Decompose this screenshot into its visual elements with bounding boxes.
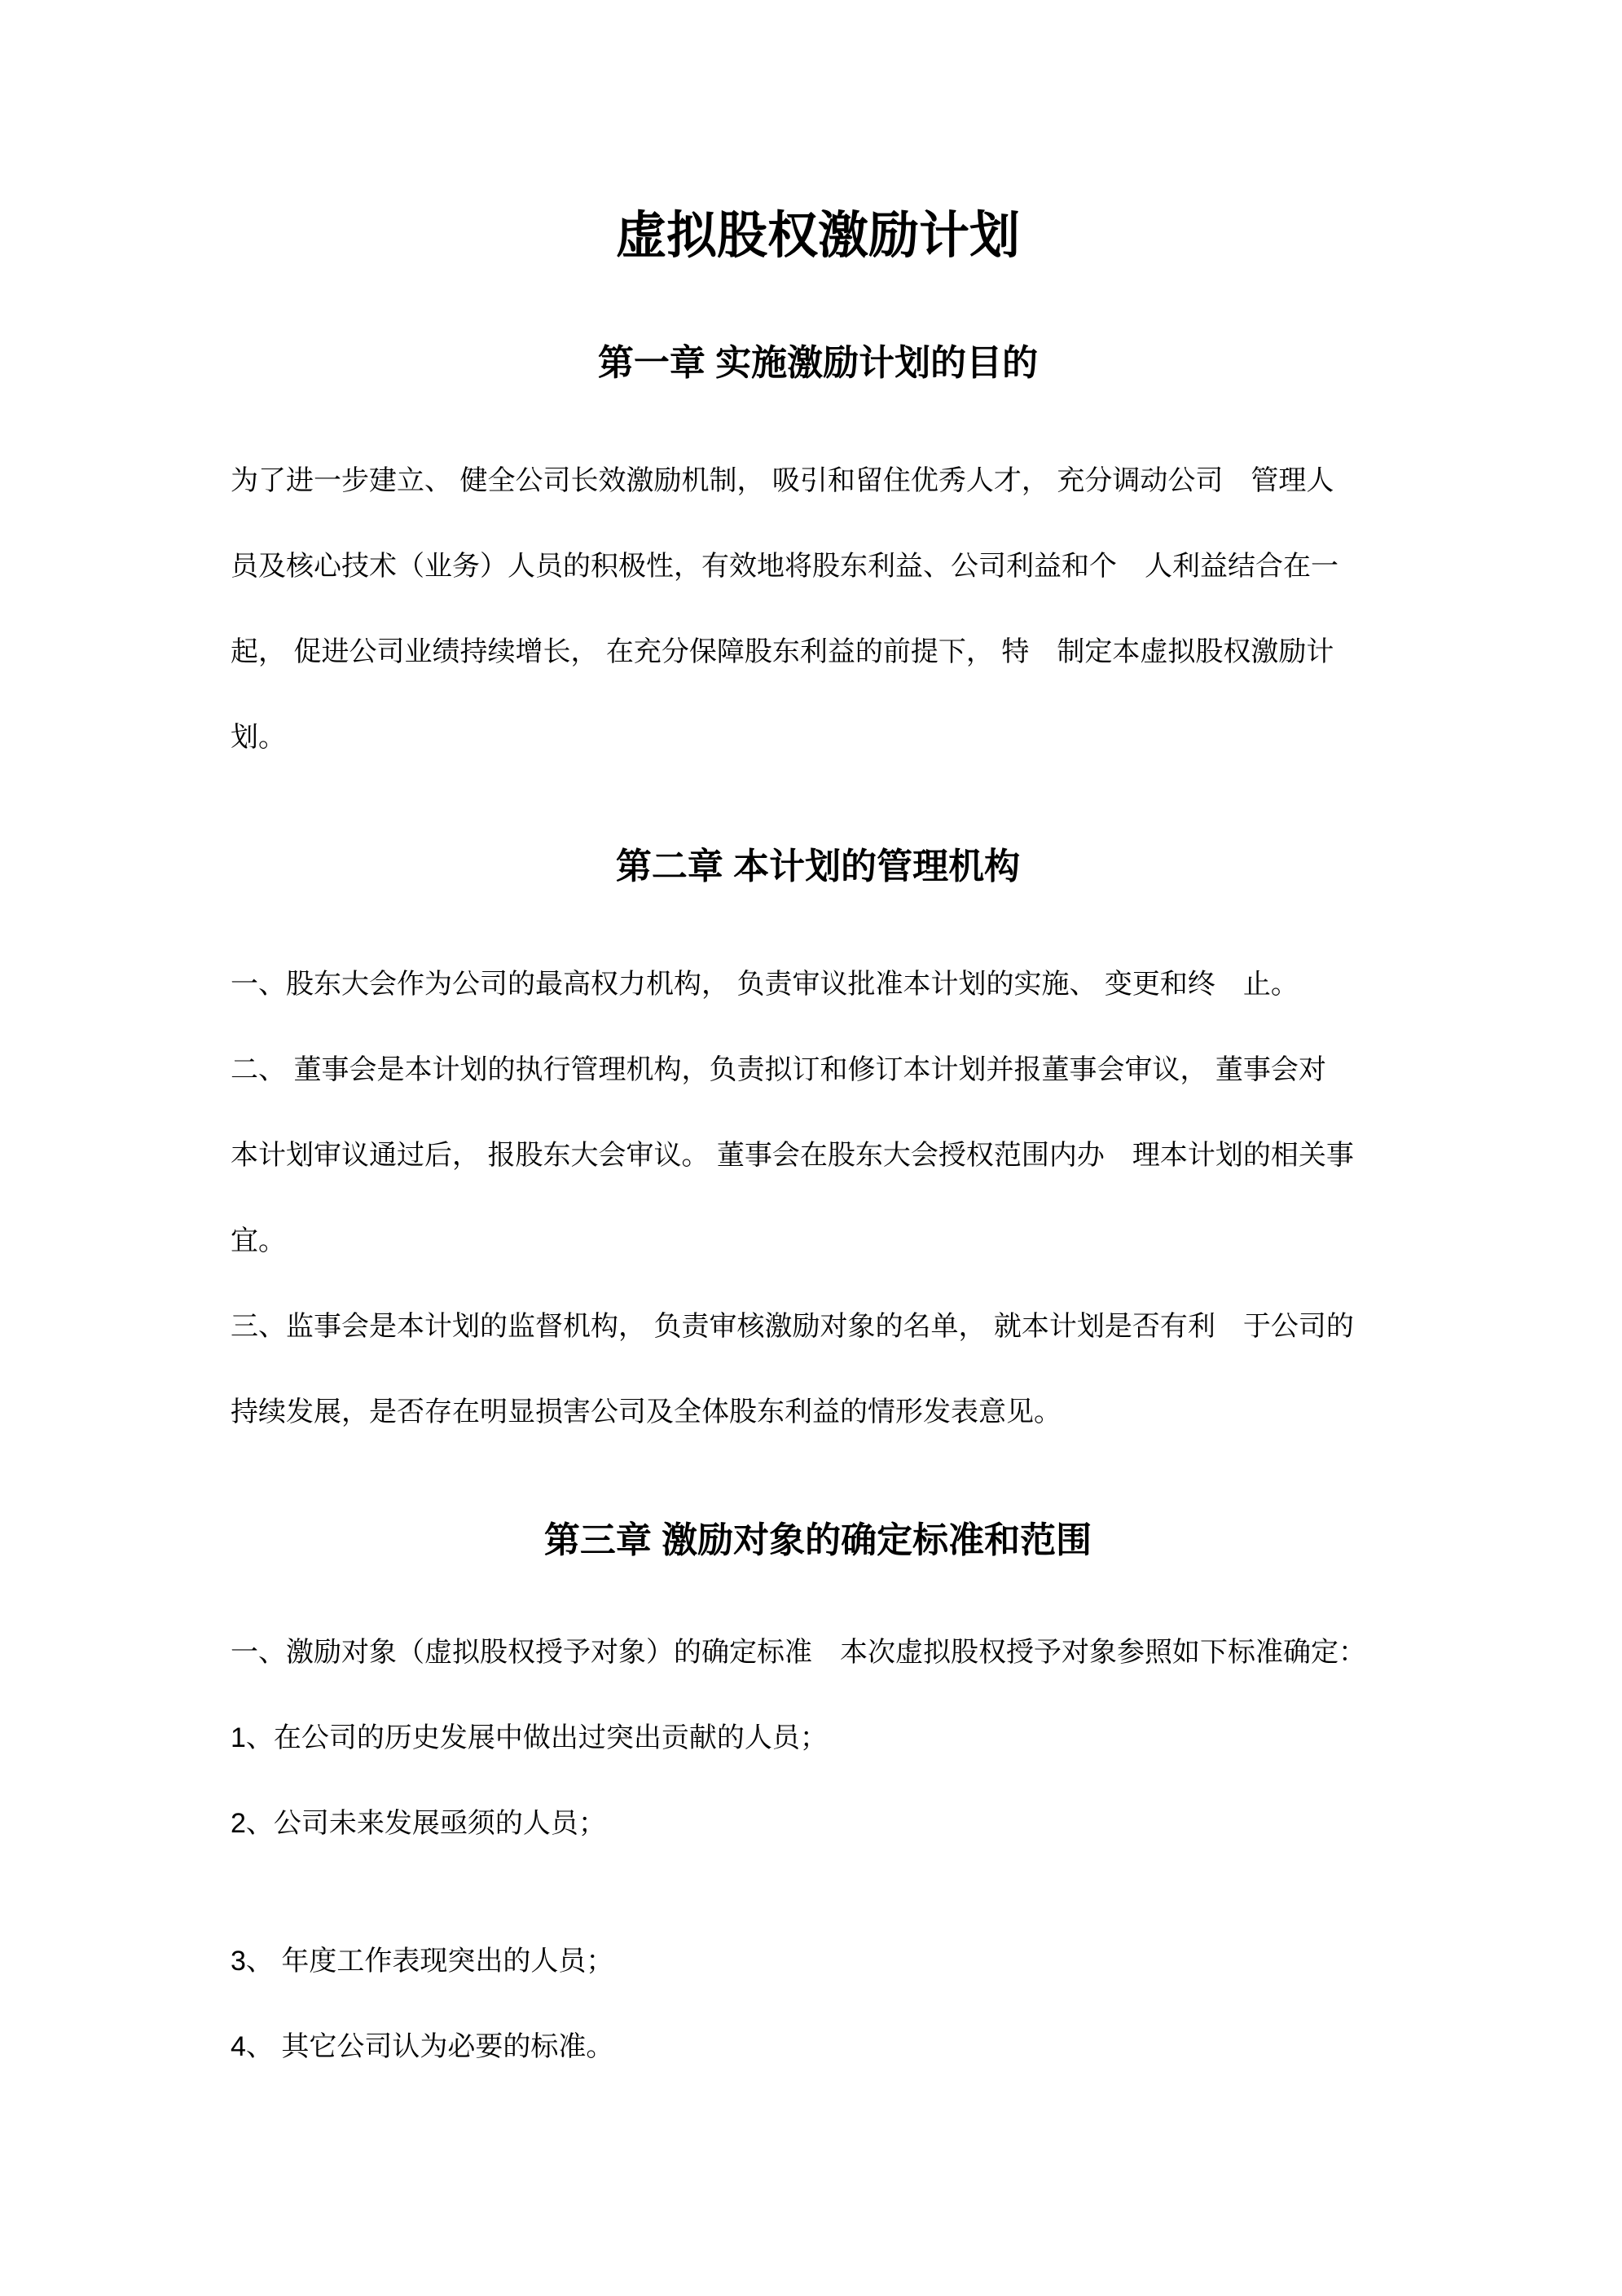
chapter-3-paragraph-criteria-continued: 3、 年度工作表现突出的人员； 4、 其它公司认为必要的标准。 <box>231 1919 1405 2090</box>
numbered-item-2: 2、公司未来发展亟须的人员； <box>231 1781 1405 1867</box>
body-line: 持续发展，是否存在明显损害公司及全体股东利益的情形发表意见。 <box>231 1370 1405 1455</box>
chapter-2-paragraph: 一、股东大会作为公司的最高权力机构， 负责审议批准本计划的实施、 变更和终 止。… <box>231 942 1405 1455</box>
body-line: 二、 董事会是本计划的执行管理机构，负责拟订和修订本计划并报董事会审议， 董事会… <box>231 1027 1405 1113</box>
numbered-item-4: 4、 其它公司认为必要的标准。 <box>231 2004 1405 2090</box>
numbered-item-1: 1、在公司的历史发展中做出过突出贡献的人员； <box>231 1696 1405 1781</box>
body-line: 宜。 <box>231 1199 1405 1284</box>
chapter-1-heading: 第一章 实施激励计划的目的 <box>231 341 1405 386</box>
body-line: 一、股东大会作为公司的最高权力机构， 负责审议批准本计划的实施、 变更和终 止。 <box>231 942 1405 1027</box>
chapter-2-heading: 第二章 本计划的管理机构 <box>231 844 1405 890</box>
document-page: 虚拟股权激励计划 第一章 实施激励计划的目的 为了进一步建立、 健全公司长效激励… <box>0 0 1622 2296</box>
body-line: 本计划审议通过后， 报股东大会审议。 董事会在股东大会授权范围内办 理本计划的相… <box>231 1113 1405 1199</box>
numbered-item-3: 3、 年度工作表现突出的人员； <box>231 1919 1405 2004</box>
chapter-3-heading: 第三章 激励对象的确定标准和范围 <box>231 1518 1405 1564</box>
chapter-3-paragraph-criteria: 一、激励对象（虚拟股权授予对象）的确定标准 本次虚拟股权授予对象参照如下标准确定… <box>231 1610 1405 1867</box>
document-title: 虚拟股权激励计划 <box>231 205 1405 267</box>
body-line: 三、监事会是本计划的监督机构， 负责审核激励对象的名单， 就本计划是否有利 于公… <box>231 1284 1405 1370</box>
body-line: 一、激励对象（虚拟股权授予对象）的确定标准 本次虚拟股权授予对象参照如下标准确定… <box>231 1610 1405 1696</box>
body-line: 为了进一步建立、 健全公司长效激励机制， 吸引和留住优秀人才， 充分调动公司 管… <box>231 438 1405 524</box>
body-line: 起， 促进公司业绩持续增长， 在充分保障股东利益的前提下， 特 制定本虚拟股权激… <box>231 609 1405 695</box>
body-line: 划。 <box>231 695 1405 781</box>
body-line: 员及核心技术（业务）人员的积极性，有效地将股东利益、公司利益和个 人利益结合在一 <box>231 524 1405 609</box>
chapter-1-paragraph: 为了进一步建立、 健全公司长效激励机制， 吸引和留住优秀人才， 充分调动公司 管… <box>231 438 1405 781</box>
